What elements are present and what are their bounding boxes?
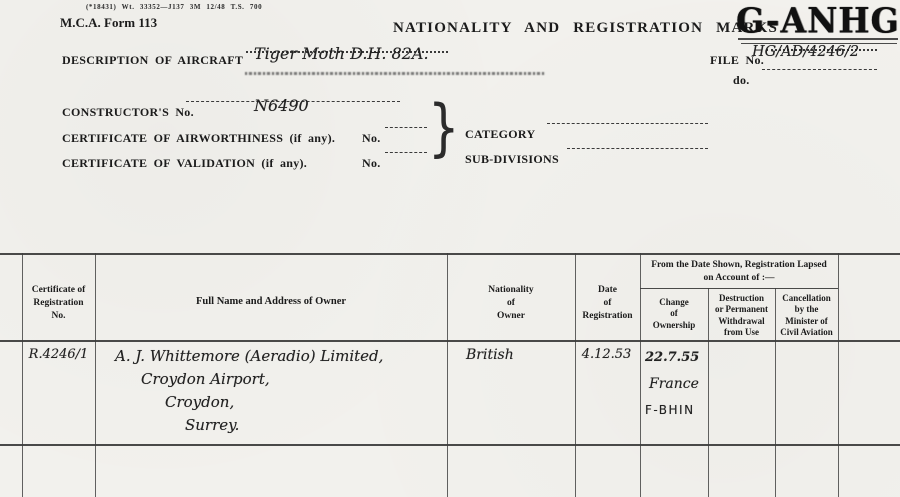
cell-nationality: British [466, 347, 514, 363]
header-change-of-ownership: Change of Ownership [640, 297, 708, 331]
header-nationality: Nationality of Owner [447, 284, 575, 322]
owner-line-4: Surrey. [185, 414, 447, 437]
validation-no-label: No. [362, 156, 381, 171]
header-certificate-no: Certificate of Registration No. [22, 284, 95, 322]
header-cancellation: Cancellation by the Minister of Civil Av… [775, 293, 838, 339]
change-line-new-registration: F-BHIN [645, 397, 707, 423]
owner-line-3: Croydon, [165, 391, 447, 414]
owner-line-1: A. J. Whittemore (Aeradio) Limited, [115, 345, 447, 368]
airworthiness-fill-line [385, 127, 427, 128]
table-top-border [0, 253, 900, 255]
header-destruction: Destruction or Permanent Withdrawal from… [708, 293, 775, 339]
description-label: DESCRIPTION OF AIRCRAFT [62, 53, 243, 68]
header-date: Date of Registration [575, 284, 640, 322]
cell-owner-address: A. J. Whittemore (Aeradio) Limited, Croy… [95, 345, 447, 437]
registration-stamp: G-ANHG [736, 0, 900, 41]
faint-print-smudge [245, 72, 545, 75]
header-lapsed-group: From the Date Shown, Registration Lapsed… [640, 259, 838, 285]
subdivisions-label: SUB-DIVISIONS [465, 152, 559, 167]
constructor-value: N6490 [254, 96, 309, 115]
change-line-date: 22.7.55 [645, 345, 707, 371]
change-line-country: France [649, 371, 707, 397]
print-code: (*18431) Wt. 33352—J137 3M 12/48 T.S. 70… [86, 3, 262, 11]
airworthiness-no-label: No. [362, 131, 381, 146]
stamp-underline-1 [738, 38, 898, 40]
category-fill-line [547, 123, 708, 124]
airworthiness-label: CERTIFICATE OF AIRWORTHINESS (if any). [62, 131, 335, 146]
table-vline-right [838, 253, 839, 497]
header-owner: Full Name and Address of Owner [95, 296, 447, 307]
cell-certificate-no: R.4246/1 [22, 347, 95, 362]
page-title: NATIONALITY AND REGISTRATION MARKS [393, 20, 778, 37]
table-row-divider [0, 444, 900, 446]
category-label: CATEGORY [465, 127, 535, 142]
validation-label: CERTIFICATE OF VALIDATION (if any). [62, 156, 307, 171]
cell-date-of-registration: 4.12.53 [575, 347, 638, 362]
table-header-bottom-border [0, 340, 900, 342]
form-number: M.C.A. Form 113 [60, 15, 157, 31]
owner-line-2: Croydon Airport, [141, 368, 447, 391]
validation-fill-line [385, 152, 427, 153]
subdivisions-fill-line [567, 148, 708, 149]
registration-form-page: (*18431) Wt. 33352—J137 3M 12/48 T.S. 70… [0, 0, 900, 497]
lapsed-group-underline [640, 288, 838, 289]
ditto-label: do. [733, 73, 750, 88]
description-value: Tiger Moth D.H. 82A. [254, 44, 429, 63]
file-value: HG/AD/4246/2 [752, 44, 859, 60]
ditto-fill-line [762, 69, 877, 70]
cell-change-of-ownership: 22.7.55 France F-BHIN [645, 345, 707, 423]
table-vline-date [640, 253, 641, 497]
grouping-brace: } [428, 92, 460, 164]
constructor-label: CONSTRUCTOR'S No. [62, 105, 194, 120]
